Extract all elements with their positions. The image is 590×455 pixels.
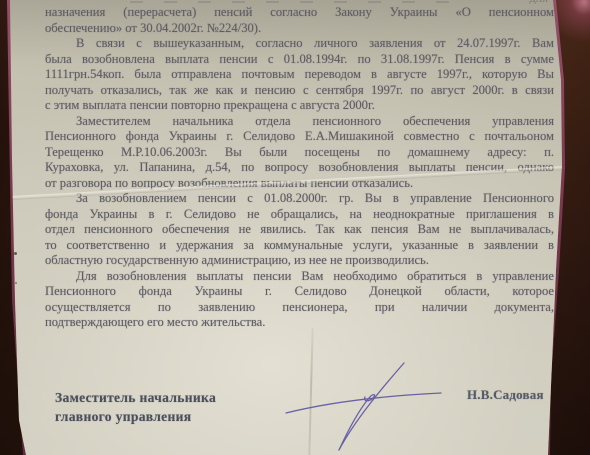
text-line: областную государственную администрацию,… [45,253,554,269]
text-line: осуществляется по заявлению пенсионера, … [45,300,554,316]
signer-title-line2: главного управления [55,407,216,426]
paragraph: За возобновлением пенсии с 01.08.2000г. … [45,191,554,269]
text-line: 1111грн.54коп. была отправлена почтовым … [45,67,554,83]
paper-speck [14,252,17,255]
text-line: обеспечению» от 30.04.2002г. №224/30). [45,21,554,37]
text-line: Заместителем начальника отдела пенсионно… [45,114,554,130]
partial-word-fragment: для [530,0,549,4]
vertical-fold-crease [308,328,313,455]
text-line: отдел пенсионного обеспечения не явились… [45,222,554,238]
signature-stroke-return-loop [339,395,375,450]
photographed-pension-letter: для назначения (перерасчета) пенсий согл… [0,0,590,455]
text-line: была возобновлена выплата пенсии с 01.08… [45,52,554,68]
paragraph: В связи с вышеуказанным, согласно личног… [45,36,554,114]
text-line: В связи с вышеуказанным, согласно личног… [45,36,554,52]
illegible-text-fragments [130,1,460,3]
signer-name: Н.В.Садовая [467,387,544,403]
paragraph: назначения (перерасчета) пенсий согласно… [45,5,554,36]
text-line: назначения (перерасчета) пенсий согласно… [45,5,554,21]
text-line: Пенсионного фонда Украины г. Селидово Е.… [45,129,554,145]
signature-stroke-steep [339,363,404,450]
text-line: подтверждающего его место жительства. [45,315,554,331]
text-line: фонда Украины в г. Селидово не обращалис… [45,207,554,223]
text-line: с этим выплата пенсии повторно прекращен… [45,98,554,114]
text-line: то соответственно и удержания за коммуна… [45,238,554,254]
signer-title: Заместитель начальника главного управлен… [55,388,216,426]
paragraph: Для возобновления выплаты пенсии Вам нео… [45,269,554,331]
paper-speck [15,282,17,284]
letter-body: назначения (перерасчета) пенсий согласно… [45,5,554,331]
text-line: Терещенко М.Р.10.06.2003г. Вы были посещ… [45,145,554,161]
text-line: Пенсионного фонда Украины г. Селидово До… [45,284,554,300]
text-line: Для возобновления выплаты пенсии Вам нео… [45,269,554,285]
text-line: получать отказались, так же как и пенсию… [45,83,554,99]
signer-title-line1: Заместитель начальника [55,388,216,407]
paper-sheet: для назначения (перерасчета) пенсий согл… [0,0,590,455]
clipped-previous-line: для [45,0,554,4]
